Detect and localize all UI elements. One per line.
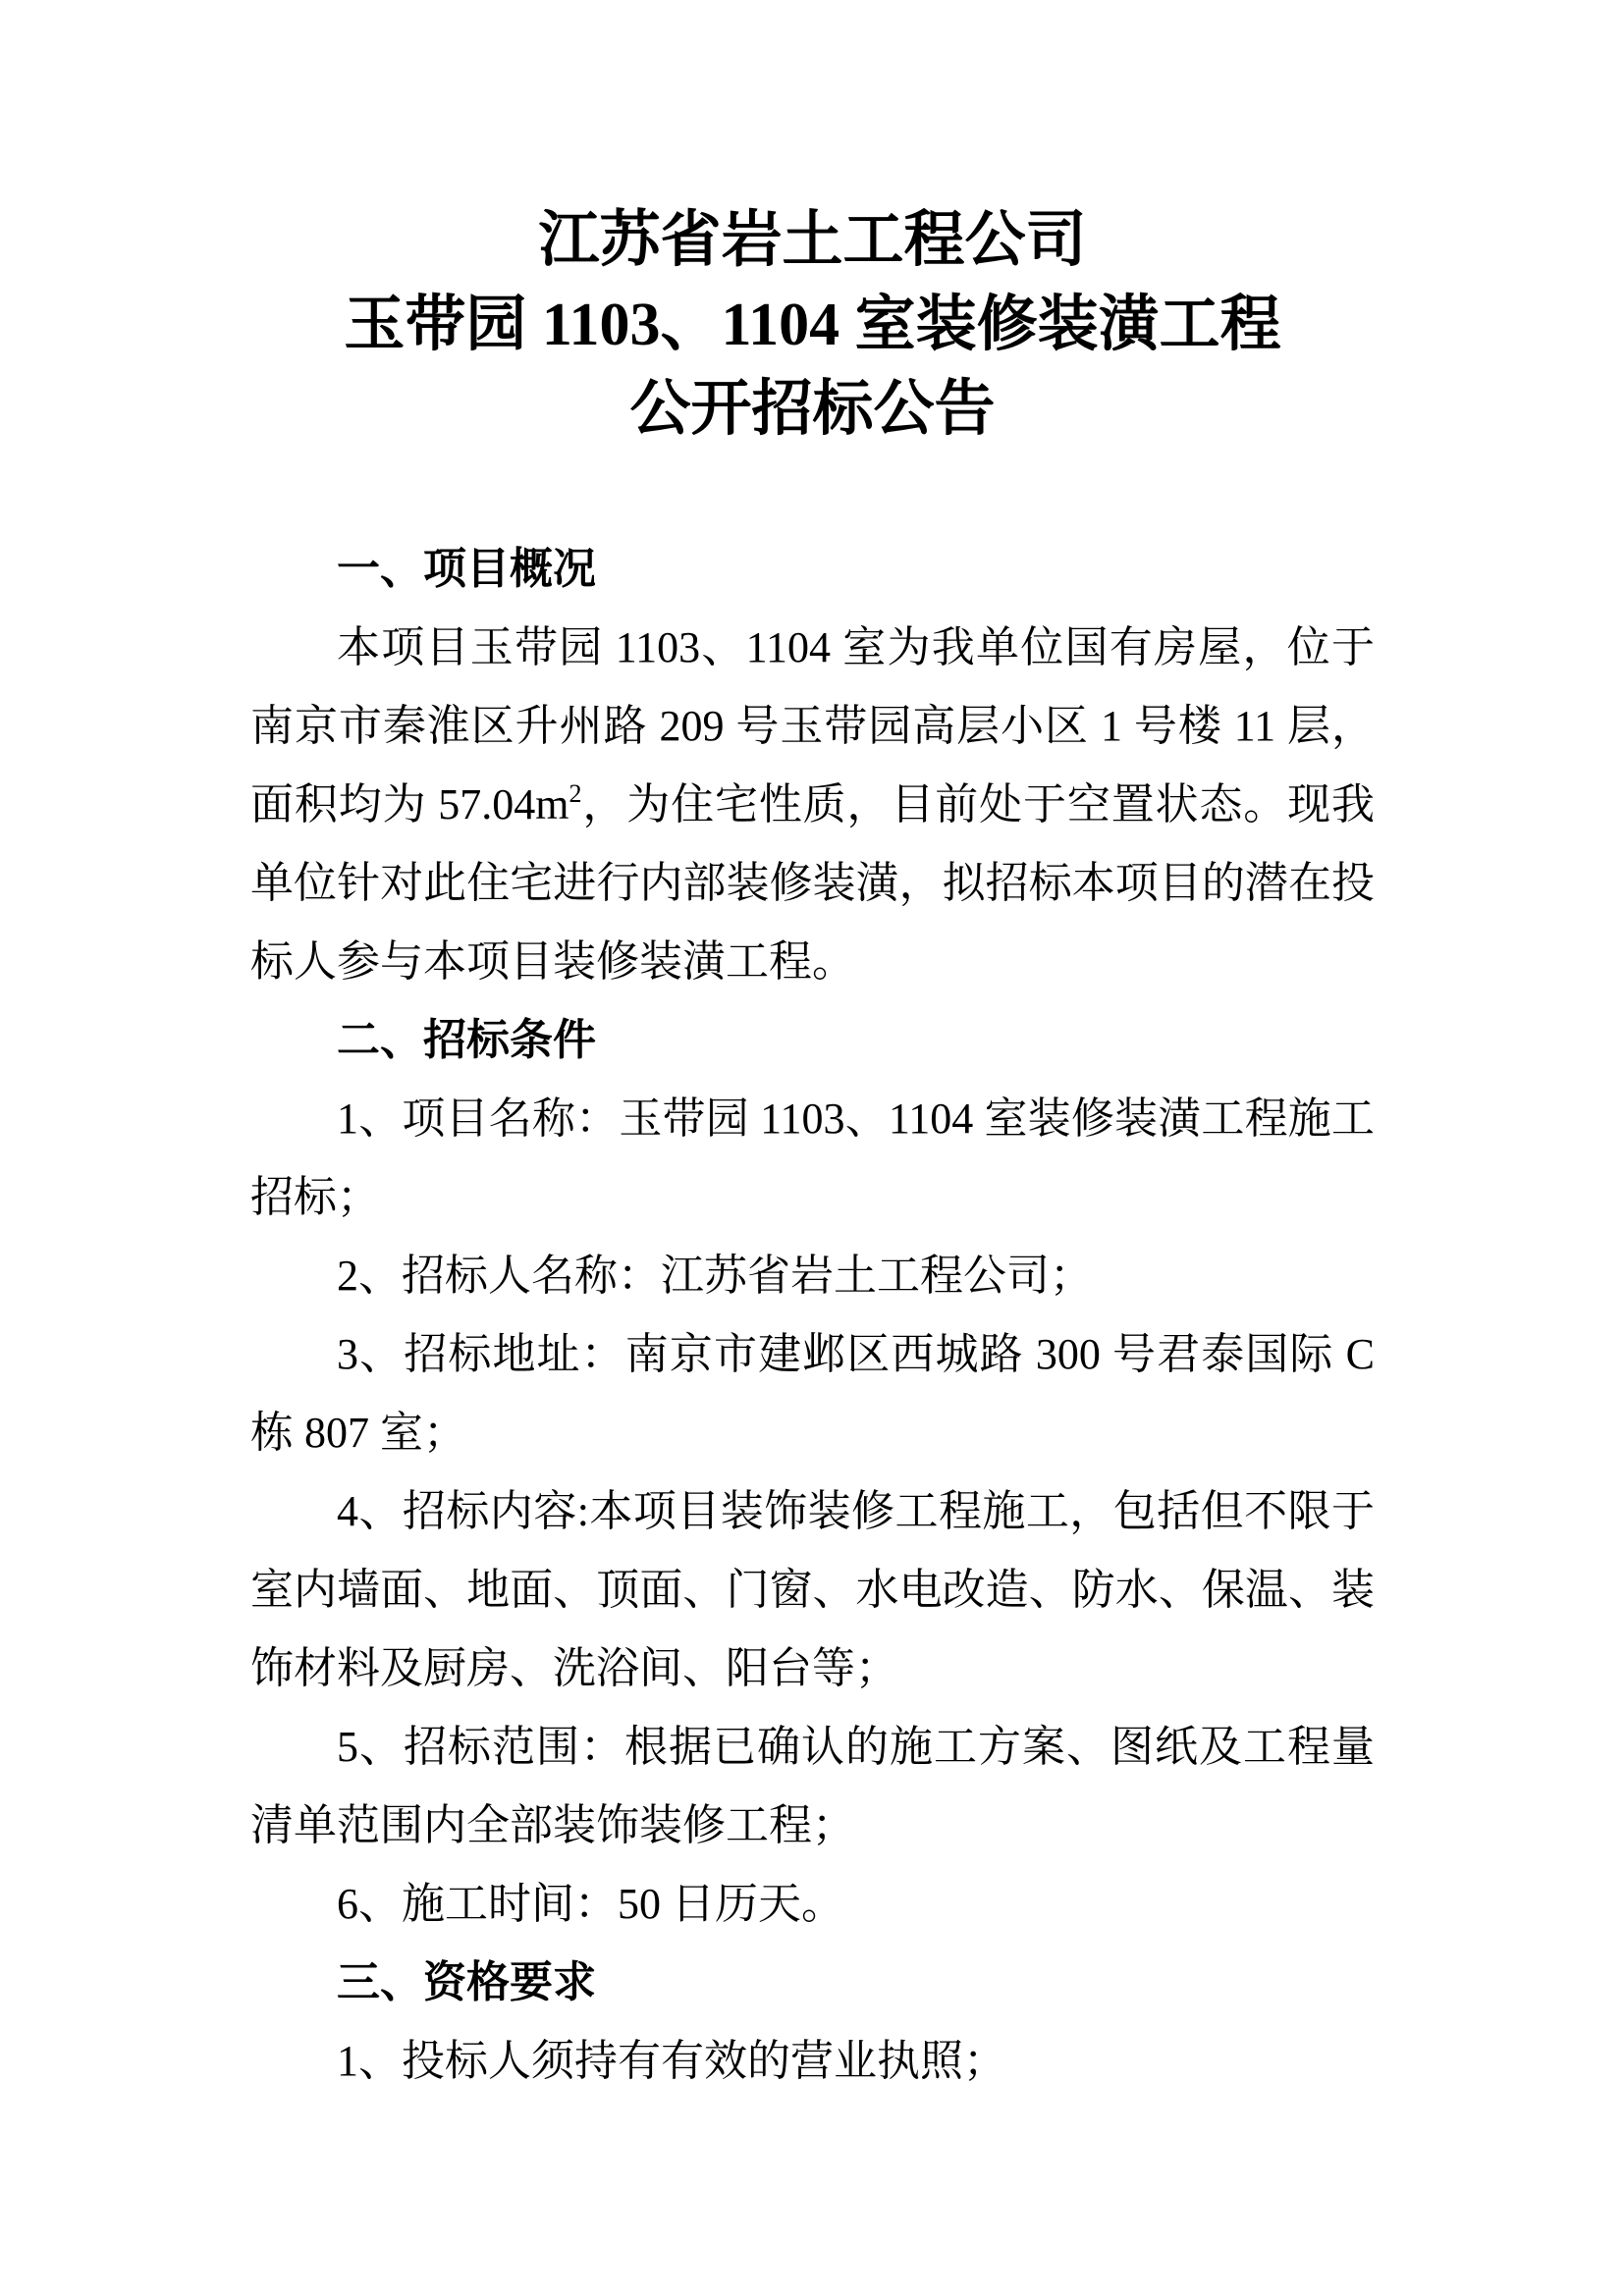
document-title: 江苏省岩土工程公司 玉带园 1103、1104 室装修装潢工程 公开招标公告 xyxy=(250,198,1375,452)
bidding-item-tenderer-name: 2、招标人名称：江苏省岩土工程公司； xyxy=(250,1237,1375,1315)
bidding-item-construction-time: 6、施工时间：50 日历天。 xyxy=(250,1865,1375,1944)
qualification-item-business-license: 1、投标人须持有有效的营业执照； xyxy=(250,2022,1375,2101)
bidding-item-project-name: 1、项目名称：玉带园 1103、1104 室装修装潢工程施工招标； xyxy=(250,1080,1375,1237)
section-qualification-requirements: 三、资格要求 1、投标人须持有有效的营业执照； xyxy=(250,1944,1375,2101)
document-body: 一、项目概况 本项目玉带园 1103、1104 室为我单位国有房屋，位于南京市秦… xyxy=(250,530,1375,2101)
section-heading-qualification-requirements: 三、资格要求 xyxy=(250,1944,1375,2022)
title-line-company: 江苏省岩土工程公司 xyxy=(250,198,1375,283)
section-heading-project-overview: 一、项目概况 xyxy=(250,530,1375,609)
section-project-overview: 一、项目概况 本项目玉带园 1103、1104 室为我单位国有房屋，位于南京市秦… xyxy=(250,530,1375,1001)
section-heading-bidding-conditions: 二、招标条件 xyxy=(250,1001,1375,1080)
bidding-item-tender-scope: 5、招标范围：根据已确认的施工方案、图纸及工程量清单范围内全部装饰装修工程； xyxy=(250,1708,1375,1865)
bidding-item-tender-content: 4、招标内容:本项目装饰装修工程施工，包括但不限于室内墙面、地面、顶面、门窗、水… xyxy=(250,1472,1375,1708)
title-line-announcement: 公开招标公告 xyxy=(250,367,1375,452)
section-bidding-conditions: 二、招标条件 1、项目名称：玉带园 1103、1104 室装修装潢工程施工招标；… xyxy=(250,1001,1375,1944)
title-line-project: 玉带园 1103、1104 室装修装潢工程 xyxy=(250,283,1375,367)
bidding-item-tender-address: 3、招标地址：南京市建邺区西城路 300 号君泰国际 C 栋 807 室； xyxy=(250,1315,1375,1472)
document-page: 江苏省岩土工程公司 玉带园 1103、1104 室装修装潢工程 公开招标公告 一… xyxy=(0,0,1624,2296)
paragraph-project-overview: 本项目玉带园 1103、1104 室为我单位国有房屋，位于南京市秦淮区升州路 2… xyxy=(250,609,1375,1001)
square-meter-superscript: 2 xyxy=(569,779,582,808)
